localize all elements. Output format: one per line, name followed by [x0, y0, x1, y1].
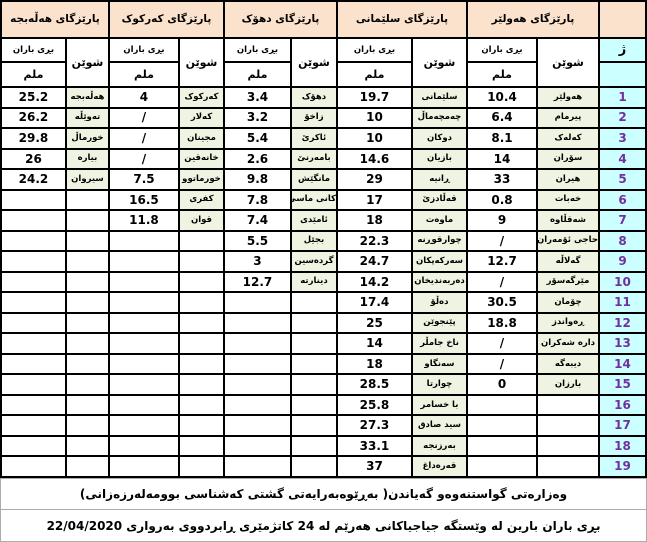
value-cell-dhok: 3.4: [224, 87, 291, 108]
place-cell-helebce: [66, 210, 109, 231]
place-header-hewler: شوێن: [537, 38, 599, 87]
table-row: 5هیران33ڕانیە29مانگێش9.8خورماتوو7.5سیروا…: [1, 169, 646, 190]
value-cell-dhok: 3: [224, 251, 291, 272]
value-cell-slemani: 24.7: [337, 251, 412, 272]
value-cell-dhok: [224, 456, 291, 477]
row-number: 18: [599, 436, 646, 457]
value-cell-helebce: 29.8: [1, 128, 66, 149]
value-cell-hewler: [467, 436, 537, 457]
place-cell-hewler: [537, 415, 599, 436]
value-cell-helebce: [1, 251, 66, 272]
table-row: 16با خسامر25.8: [1, 395, 646, 416]
place-cell-kerkuk: [179, 272, 224, 293]
place-cell-kerkuk: [179, 374, 224, 395]
amount-header-kerkuk: بڕی باران: [109, 38, 179, 62]
value-cell-hewler: 9: [467, 210, 537, 231]
amount-header-helebce: بڕی باران: [1, 38, 66, 62]
value-cell-helebce: [1, 292, 66, 313]
place-header-slemani: شوێن: [412, 38, 467, 87]
place-cell-helebce: [66, 456, 109, 477]
row-number: 2: [599, 108, 646, 129]
place-cell-helebce: [66, 231, 109, 252]
place-cell-dhok: زاخۆ: [291, 108, 337, 129]
value-cell-dhok: [224, 354, 291, 375]
table-row: 4سۆران14بازیان14.6بامەرنێ2.6خانەقین/بیار…: [1, 149, 646, 170]
value-cell-helebce: [1, 190, 66, 211]
value-cell-slemani: 25.8: [337, 395, 412, 416]
place-cell-dhok: مانگێش: [291, 169, 337, 190]
row-number: 11: [599, 292, 646, 313]
value-cell-helebce: [1, 374, 66, 395]
place-cell-hewler: هەولێر: [537, 87, 599, 108]
value-cell-slemani: 19.7: [337, 87, 412, 108]
value-cell-dhok: 3.2: [224, 108, 291, 129]
table-body: 1هەولێر10.4سلێمانی19.7دهۆک3.4کەرکوک4هەڵە…: [1, 87, 646, 477]
governorate-header-kerkuk: پارێزگای کەرکوک: [109, 1, 224, 38]
place-cell-hewler: دارە شەکران: [537, 333, 599, 354]
row-number: 12: [599, 313, 646, 334]
index-column-spacer: [599, 1, 646, 38]
value-cell-kerkuk: [109, 292, 179, 313]
place-cell-dhok: [291, 354, 337, 375]
value-cell-kerkuk: 16.5: [109, 190, 179, 211]
place-cell-hewler: کەلەک: [537, 128, 599, 149]
place-cell-dhok: گردەسین: [291, 251, 337, 272]
table-row: 3کەلەک8.1دوکان10ئاکرێ5.4مجینان/خورماڵ29.…: [1, 128, 646, 149]
value-cell-kerkuk: /: [109, 149, 179, 170]
value-cell-dhok: 7.8: [224, 190, 291, 211]
value-cell-kerkuk: [109, 251, 179, 272]
unit-header-kerkuk: ملم: [109, 62, 179, 87]
place-cell-kerkuk: کەرکوک: [179, 87, 224, 108]
place-cell-slemani: چەمچەماڵ: [412, 108, 467, 129]
row-number: 7: [599, 210, 646, 231]
value-cell-kerkuk: 7.5: [109, 169, 179, 190]
row-number: 17: [599, 415, 646, 436]
value-cell-helebce: 25.2: [1, 87, 66, 108]
value-cell-dhok: 5.4: [224, 128, 291, 149]
place-cell-slemani: پێنجوێن: [412, 313, 467, 334]
place-cell-helebce: سیروان: [66, 169, 109, 190]
row-number: 9: [599, 251, 646, 272]
place-cell-dhok: دینارتە: [291, 272, 337, 293]
place-cell-dhok: [291, 436, 337, 457]
row-number: 5: [599, 169, 646, 190]
value-cell-dhok: [224, 313, 291, 334]
amount-header-dhok: بڕی باران: [224, 38, 291, 62]
row-number: 16: [599, 395, 646, 416]
place-cell-kerkuk: [179, 395, 224, 416]
rainfall-report-page: پارێزگای هەولێر پارێزگای سلێمانی پارێزگا…: [0, 0, 647, 542]
place-cell-hewler: [537, 436, 599, 457]
value-cell-slemani: 14: [337, 333, 412, 354]
value-cell-dhok: 5.5: [224, 231, 291, 252]
place-cell-slemani: چوارتا: [412, 374, 467, 395]
value-cell-slemani: 17.4: [337, 292, 412, 313]
value-cell-kerkuk: /: [109, 128, 179, 149]
value-cell-hewler: /: [467, 354, 537, 375]
value-cell-slemani: 10: [337, 128, 412, 149]
value-cell-helebce: [1, 210, 66, 231]
place-cell-dhok: [291, 333, 337, 354]
value-cell-kerkuk: [109, 313, 179, 334]
value-cell-hewler: /: [467, 333, 537, 354]
unit-header-slemani: ملم: [337, 62, 412, 87]
footer-report-title: بڕی باران بارین لە وێستگە جیاجیاکانی هەر…: [0, 510, 647, 542]
place-cell-hewler: [537, 456, 599, 477]
index-column-header: ژ: [599, 38, 646, 62]
value-cell-hewler: /: [467, 231, 537, 252]
place-cell-helebce: [66, 251, 109, 272]
place-cell-helebce: هەڵەبجە: [66, 87, 109, 108]
table-row: 13دارە شەکران/ناخ جامڵر14: [1, 333, 646, 354]
value-cell-hewler: 8.1: [467, 128, 537, 149]
place-cell-kerkuk: قوان: [179, 210, 224, 231]
place-cell-kerkuk: خورماتوو: [179, 169, 224, 190]
amount-header-slemani: بڕی باران: [337, 38, 412, 62]
place-cell-helebce: [66, 190, 109, 211]
place-cell-dhok: [291, 313, 337, 334]
table-row: 11چۆمان30.5دەڵۆ17.4: [1, 292, 646, 313]
value-cell-hewler: 18.8: [467, 313, 537, 334]
value-cell-kerkuk: [109, 231, 179, 252]
governorate-header-helebce: پارێزگای هەڵەبجە: [1, 1, 109, 38]
value-cell-kerkuk: /: [109, 108, 179, 129]
place-cell-dhok: ئامێدی: [291, 210, 337, 231]
value-cell-dhok: [224, 333, 291, 354]
place-cell-dhok: [291, 415, 337, 436]
place-cell-hewler: شەقڵاوە: [537, 210, 599, 231]
place-cell-hewler: چۆمان: [537, 292, 599, 313]
value-cell-kerkuk: 11.8: [109, 210, 179, 231]
place-cell-helebce: خورماڵ: [66, 128, 109, 149]
place-cell-slemani: دەڵۆ: [412, 292, 467, 313]
place-cell-helebce: [66, 436, 109, 457]
table-row: 17سید صادق27.3: [1, 415, 646, 436]
governorate-header-hewler: پارێزگای هەولێر: [467, 1, 599, 38]
place-cell-kerkuk: [179, 456, 224, 477]
row-number: 6: [599, 190, 646, 211]
place-cell-helebce: [66, 272, 109, 293]
value-cell-dhok: [224, 415, 291, 436]
place-header-kerkuk: شوێن: [179, 38, 224, 87]
place-cell-hewler: هیران: [537, 169, 599, 190]
place-cell-hewler: مێرگەسۆر: [537, 272, 599, 293]
value-cell-hewler: 6.4: [467, 108, 537, 129]
place-cell-hewler: [537, 395, 599, 416]
footer-ministry-line: وەزارەتی گواستنەوەو گەیاندن( بەڕێوەبەرای…: [0, 478, 647, 510]
place-cell-dhok: [291, 456, 337, 477]
place-cell-dhok: [291, 374, 337, 395]
value-cell-kerkuk: [109, 374, 179, 395]
value-cell-slemani: 29: [337, 169, 412, 190]
place-cell-hewler: بارزان: [537, 374, 599, 395]
place-cell-slemani: سلێمانی: [412, 87, 467, 108]
value-cell-slemani: 27.3: [337, 415, 412, 436]
place-cell-slemani: چوارقوڕنە: [412, 231, 467, 252]
value-cell-kerkuk: [109, 333, 179, 354]
place-cell-kerkuk: کەلار: [179, 108, 224, 129]
place-header-dhok: شوێن: [291, 38, 337, 87]
value-cell-helebce: [1, 395, 66, 416]
table-row: 18بەرزنجە33.1: [1, 436, 646, 457]
place-cell-hewler: حاجی ئۆمەران: [537, 231, 599, 252]
value-cell-hewler: [467, 415, 537, 436]
governorate-header-slemani: پارێزگای سلێمانی: [337, 1, 467, 38]
place-cell-kerkuk: [179, 436, 224, 457]
place-cell-slemani: سەرکەپکان: [412, 251, 467, 272]
value-cell-helebce: 26.2: [1, 108, 66, 129]
value-cell-slemani: 18: [337, 354, 412, 375]
value-cell-hewler: 14: [467, 149, 537, 170]
place-cell-slemani: سەنگاو: [412, 354, 467, 375]
place-cell-slemani: سید صادق: [412, 415, 467, 436]
unit-header-helebce: ملم: [1, 62, 66, 87]
place-cell-helebce: [66, 313, 109, 334]
table-row: 15بارزان0چوارتا28.5: [1, 374, 646, 395]
unit-header-dhok: ملم: [224, 62, 291, 87]
place-cell-dhok: کانی ماسی: [291, 190, 337, 211]
value-cell-helebce: [1, 313, 66, 334]
place-cell-hewler: گەلاڵە: [537, 251, 599, 272]
value-cell-kerkuk: [109, 272, 179, 293]
place-cell-kerkuk: [179, 292, 224, 313]
value-cell-helebce: 24.2: [1, 169, 66, 190]
place-cell-hewler: پیرمام: [537, 108, 599, 129]
value-cell-dhok: 12.7: [224, 272, 291, 293]
place-cell-dhok: ئاکرێ: [291, 128, 337, 149]
place-cell-dhok: [291, 395, 337, 416]
place-cell-dhok: دهۆک: [291, 87, 337, 108]
place-cell-slemani: بازیان: [412, 149, 467, 170]
place-cell-slemani: ماوەت: [412, 210, 467, 231]
value-cell-helebce: [1, 415, 66, 436]
value-cell-slemani: 14.2: [337, 272, 412, 293]
value-cell-slemani: 18: [337, 210, 412, 231]
place-cell-dhok: بامەرنێ: [291, 149, 337, 170]
table-row: 12ڕەواندز18.8پێنجوێن25: [1, 313, 646, 334]
value-cell-slemani: 14.6: [337, 149, 412, 170]
place-cell-slemani: دوکان: [412, 128, 467, 149]
value-cell-slemani: 28.5: [337, 374, 412, 395]
table-row: 9گەلاڵە12.7سەرکەپکان24.7گردەسین3: [1, 251, 646, 272]
amount-header-hewler: بڕی باران: [467, 38, 537, 62]
value-cell-hewler: 30.5: [467, 292, 537, 313]
value-cell-kerkuk: 4: [109, 87, 179, 108]
governorate-header-row: پارێزگای هەولێر پارێزگای سلێمانی پارێزگا…: [1, 1, 646, 38]
row-number: 4: [599, 149, 646, 170]
place-cell-dhok: [291, 292, 337, 313]
value-cell-dhok: 2.6: [224, 149, 291, 170]
row-number: 13: [599, 333, 646, 354]
place-cell-slemani: قەرەداغ: [412, 456, 467, 477]
table-row: 10مێرگەسۆر/دەربەندیخان14.2دینارتە12.7: [1, 272, 646, 293]
place-cell-slemani: بەرزنجە: [412, 436, 467, 457]
place-cell-slemani: ناخ جامڵر: [412, 333, 467, 354]
place-cell-kerkuk: [179, 313, 224, 334]
place-cell-kerkuk: کفری: [179, 190, 224, 211]
value-cell-hewler: 10.4: [467, 87, 537, 108]
place-cell-hewler: سۆران: [537, 149, 599, 170]
place-cell-kerkuk: مجینان: [179, 128, 224, 149]
table-row: 2پیرمام6.4چەمچەماڵ10زاخۆ3.2کەلار/تەوێڵە2…: [1, 108, 646, 129]
value-cell-kerkuk: [109, 354, 179, 375]
value-cell-kerkuk: [109, 436, 179, 457]
value-cell-helebce: [1, 456, 66, 477]
place-cell-helebce: [66, 395, 109, 416]
value-cell-hewler: 12.7: [467, 251, 537, 272]
value-cell-dhok: [224, 374, 291, 395]
value-cell-kerkuk: [109, 415, 179, 436]
value-cell-dhok: 9.8: [224, 169, 291, 190]
place-cell-kerkuk: [179, 415, 224, 436]
place-cell-kerkuk: [179, 231, 224, 252]
value-cell-hewler: [467, 456, 537, 477]
value-cell-helebce: [1, 272, 66, 293]
value-cell-hewler: /: [467, 272, 537, 293]
place-cell-helebce: [66, 292, 109, 313]
value-cell-slemani: 17: [337, 190, 412, 211]
value-cell-helebce: 26: [1, 149, 66, 170]
value-cell-helebce: [1, 354, 66, 375]
rainfall-table: پارێزگای هەولێر پارێزگای سلێمانی پارێزگا…: [0, 0, 647, 478]
value-cell-kerkuk: [109, 395, 179, 416]
place-header-helebce: شوێن: [66, 38, 109, 87]
table-row: 19قەرەداغ37: [1, 456, 646, 477]
value-cell-helebce: [1, 436, 66, 457]
place-cell-hewler: خەبات: [537, 190, 599, 211]
place-cell-helebce: [66, 415, 109, 436]
place-cell-slemani: دەربەندیخان: [412, 272, 467, 293]
value-cell-slemani: 22.3: [337, 231, 412, 252]
value-cell-slemani: 37: [337, 456, 412, 477]
place-cell-slemani: ڕانیە: [412, 169, 467, 190]
table-row: 6خەبات0.8قەڵادزێ17کانی ماسی7.8کفری16.5: [1, 190, 646, 211]
value-cell-dhok: [224, 292, 291, 313]
row-number: 15: [599, 374, 646, 395]
value-cell-slemani: 10: [337, 108, 412, 129]
value-cell-hewler: 0.8: [467, 190, 537, 211]
value-cell-hewler: 0: [467, 374, 537, 395]
row-number: 3: [599, 128, 646, 149]
row-number: 10: [599, 272, 646, 293]
table-row: 7شەقڵاوە9ماوەت18ئامێدی7.4قوان11.8: [1, 210, 646, 231]
index-column-subcell: [599, 62, 646, 87]
value-cell-slemani: 33.1: [337, 436, 412, 457]
place-cell-kerkuk: [179, 251, 224, 272]
subheader-row-amount: ژ شوێن بڕی باران شوێن بڕی باران شوێن بڕی…: [1, 38, 646, 62]
place-cell-helebce: [66, 333, 109, 354]
table-row: 1هەولێر10.4سلێمانی19.7دهۆک3.4کەرکوک4هەڵە…: [1, 87, 646, 108]
governorate-header-dhok: پارێزگای دهۆک: [224, 1, 337, 38]
place-cell-kerkuk: خانەقین: [179, 149, 224, 170]
place-cell-hewler: ڕەواندز: [537, 313, 599, 334]
place-cell-kerkuk: [179, 354, 224, 375]
value-cell-dhok: [224, 436, 291, 457]
row-number: 8: [599, 231, 646, 252]
unit-header-hewler: ملم: [467, 62, 537, 87]
value-cell-helebce: [1, 231, 66, 252]
value-cell-slemani: 25: [337, 313, 412, 334]
value-cell-helebce: [1, 333, 66, 354]
place-cell-dhok: بجێل: [291, 231, 337, 252]
value-cell-hewler: 33: [467, 169, 537, 190]
value-cell-kerkuk: [109, 456, 179, 477]
place-cell-slemani: قەڵادزێ: [412, 190, 467, 211]
place-cell-helebce: [66, 374, 109, 395]
table-row: 14دیبەگە/سەنگاو18: [1, 354, 646, 375]
place-cell-slemani: با خسامر: [412, 395, 467, 416]
value-cell-dhok: [224, 395, 291, 416]
row-number: 14: [599, 354, 646, 375]
place-cell-helebce: [66, 354, 109, 375]
value-cell-hewler: [467, 395, 537, 416]
table-row: 8حاجی ئۆمەران/چوارقوڕنە22.3بجێل5.5: [1, 231, 646, 252]
place-cell-helebce: تەوێڵە: [66, 108, 109, 129]
row-number: 19: [599, 456, 646, 477]
place-cell-kerkuk: [179, 333, 224, 354]
row-number: 1: [599, 87, 646, 108]
place-cell-helebce: بیارە: [66, 149, 109, 170]
place-cell-hewler: دیبەگە: [537, 354, 599, 375]
value-cell-dhok: 7.4: [224, 210, 291, 231]
